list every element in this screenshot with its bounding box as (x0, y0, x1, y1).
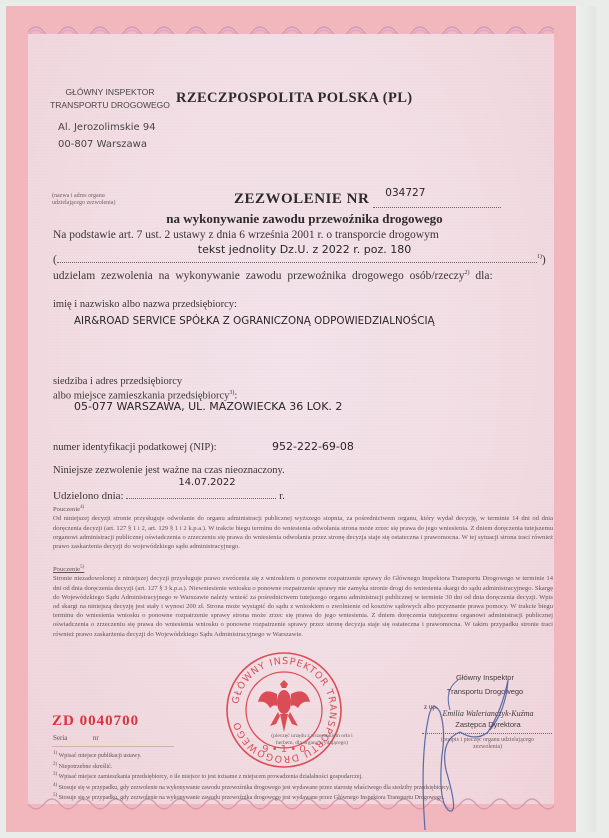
permit-number: 034727 (385, 187, 425, 199)
issued-row: Udzielono dnia: 14.07.2022 r. (53, 488, 285, 502)
nip-value: 952-222-69-08 (272, 440, 354, 453)
footnote-4: 4) Stosuje się w przypadku, gdy zezwolen… (53, 782, 563, 793)
grant-text: udzielam zezwolenia na wykonywanie zawod… (53, 270, 465, 282)
grant-line: udzielam zezwolenia na wykonywanie zawod… (53, 270, 573, 282)
serial-code: ZD 0040700 (52, 713, 139, 730)
instruction-2-heading: Pouczenie (53, 566, 80, 573)
seat-value: 05-077 WARSZAWA, UL. MAZOWIECKA 36 LOK. … (74, 400, 342, 413)
issuer-address: Al. Jerozolimskie 94 00-807 Warszawa (58, 119, 156, 153)
series-row: Seria nr (53, 734, 99, 742)
series-label: Seria (53, 734, 67, 742)
signature-line (422, 733, 552, 734)
issuer-org: GŁÓWNY INSPEKTOR TRANSPORTU DROGOWEGO (40, 86, 180, 112)
issuer-address-line1: Al. Jerozolimskie 94 (58, 119, 156, 136)
permit-subtitle: na wykonywanie zawodu przewoźnika drogow… (0, 211, 609, 227)
instruction-2-text: Stronie niezadowolonej z niniejszej decy… (53, 574, 553, 638)
footnote-divider (52, 746, 174, 747)
instruction-2: Pouczenie5) Stronie niezadowolonej z nin… (53, 563, 553, 639)
issued-field: 14.07.2022 (126, 488, 276, 499)
grant-end: dla: (475, 270, 492, 282)
instruction-1: Pouczenie4) Od niniejszej decyzji stroni… (53, 503, 553, 551)
name-label: imię i nazwisko albo nazwa przedsiębiorc… (53, 299, 237, 310)
footnote-mark-2: 2) (465, 270, 470, 276)
footnote-5: 5) Stosuje się w przypadku, gdy zezwolen… (53, 792, 563, 803)
issuer-org-line2: TRANSPORTU DROGOWEGO (40, 99, 180, 112)
instruction-1-text: Od niniejszej decyzji stronie przysługuj… (53, 514, 553, 551)
validity-text: Niniejsze zezwolenie jest ważne na czas … (53, 465, 285, 476)
seat-label-1: siedziba i adres przedsiębiorcy (53, 376, 182, 387)
stamp-caption: (pieczęć urzędu z wizerunkiem orła i her… (262, 733, 362, 747)
issued-date: 14.07.2022 (178, 477, 235, 488)
instruction-1-mark: 4) (80, 505, 84, 510)
footnote-mark-3: 3) (229, 390, 234, 396)
eagle-emblem-icon (258, 680, 310, 732)
footnote-1: 1) Wpisać miejsce publikacji ustawy. (53, 750, 563, 761)
footnote-3: 3) Wpisać miejsce zamieszkania przedsięb… (53, 771, 563, 782)
permit-number-field: 034727 (373, 193, 501, 208)
signature-caption: (podpis i pieczęć organu udzielającego z… (440, 737, 535, 751)
issued-label: Udzielono dnia: (53, 490, 124, 502)
issuer-org-line1: GŁÓWNY INSPEKTOR (40, 86, 180, 99)
permit-title: ZEZWOLENIE NR (234, 191, 369, 207)
instruction-2-mark: 5) (80, 565, 84, 570)
signer-name: Emilia Walerianczyk-Kuźma (428, 709, 548, 718)
country-heading: RZECZPOSPOLITA POLSKA (PL) (176, 90, 413, 107)
instruction-1-heading: Pouczenie (53, 506, 80, 513)
number-label: nr (93, 734, 99, 742)
issuer-address-line2: 00-807 Warszawa (58, 136, 156, 153)
publication-field: (1)) (53, 254, 563, 266)
issued-suffix: r. (279, 490, 285, 502)
name-value: AIR&ROAD SERVICE SPÓŁKA Z OGRANICZONĄ OD… (74, 315, 435, 327)
nip-label: numer identyfikacji podatkowej (NIP): (53, 442, 217, 453)
issuer-caption: (nazwa i adres organu udzielającego zezw… (52, 193, 127, 207)
footnotes: 1) Wpisać miejsce publikacji ustawy. 2) … (53, 750, 563, 803)
legal-basis-line: Na podstawie art. 7 ust. 2 ustawy z dnia… (53, 229, 563, 241)
permit-title-row: ZEZWOLENIE NR 034727 (234, 190, 534, 208)
footnote-2: 2) Niepotrzebne skreślić. (53, 761, 563, 772)
signer-position: Zastępca Dyrektora (428, 720, 548, 729)
